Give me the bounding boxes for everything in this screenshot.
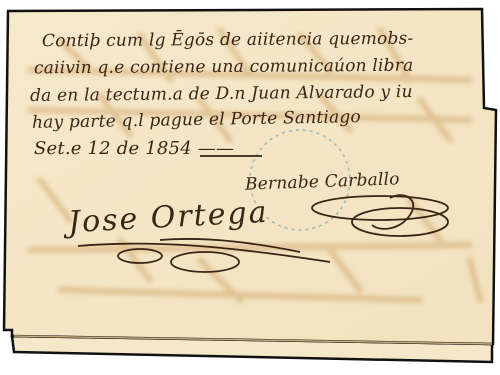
letter-line-1: Contiþ cum lg Ēgōs de aiitencia quemobs- bbox=[42, 29, 414, 52]
letter-line-2: caiivin q.e contiene una comunicaúon lib… bbox=[34, 56, 414, 79]
letter-line-3: da en la tectum.a de D.n Juan Alvarado y… bbox=[30, 82, 413, 106]
letter-image: Contiþ cum lg Ēgōs de aiitencia quemobs-… bbox=[0, 0, 500, 375]
letter-date: Set.e 12 de 1854 —— bbox=[34, 138, 234, 159]
